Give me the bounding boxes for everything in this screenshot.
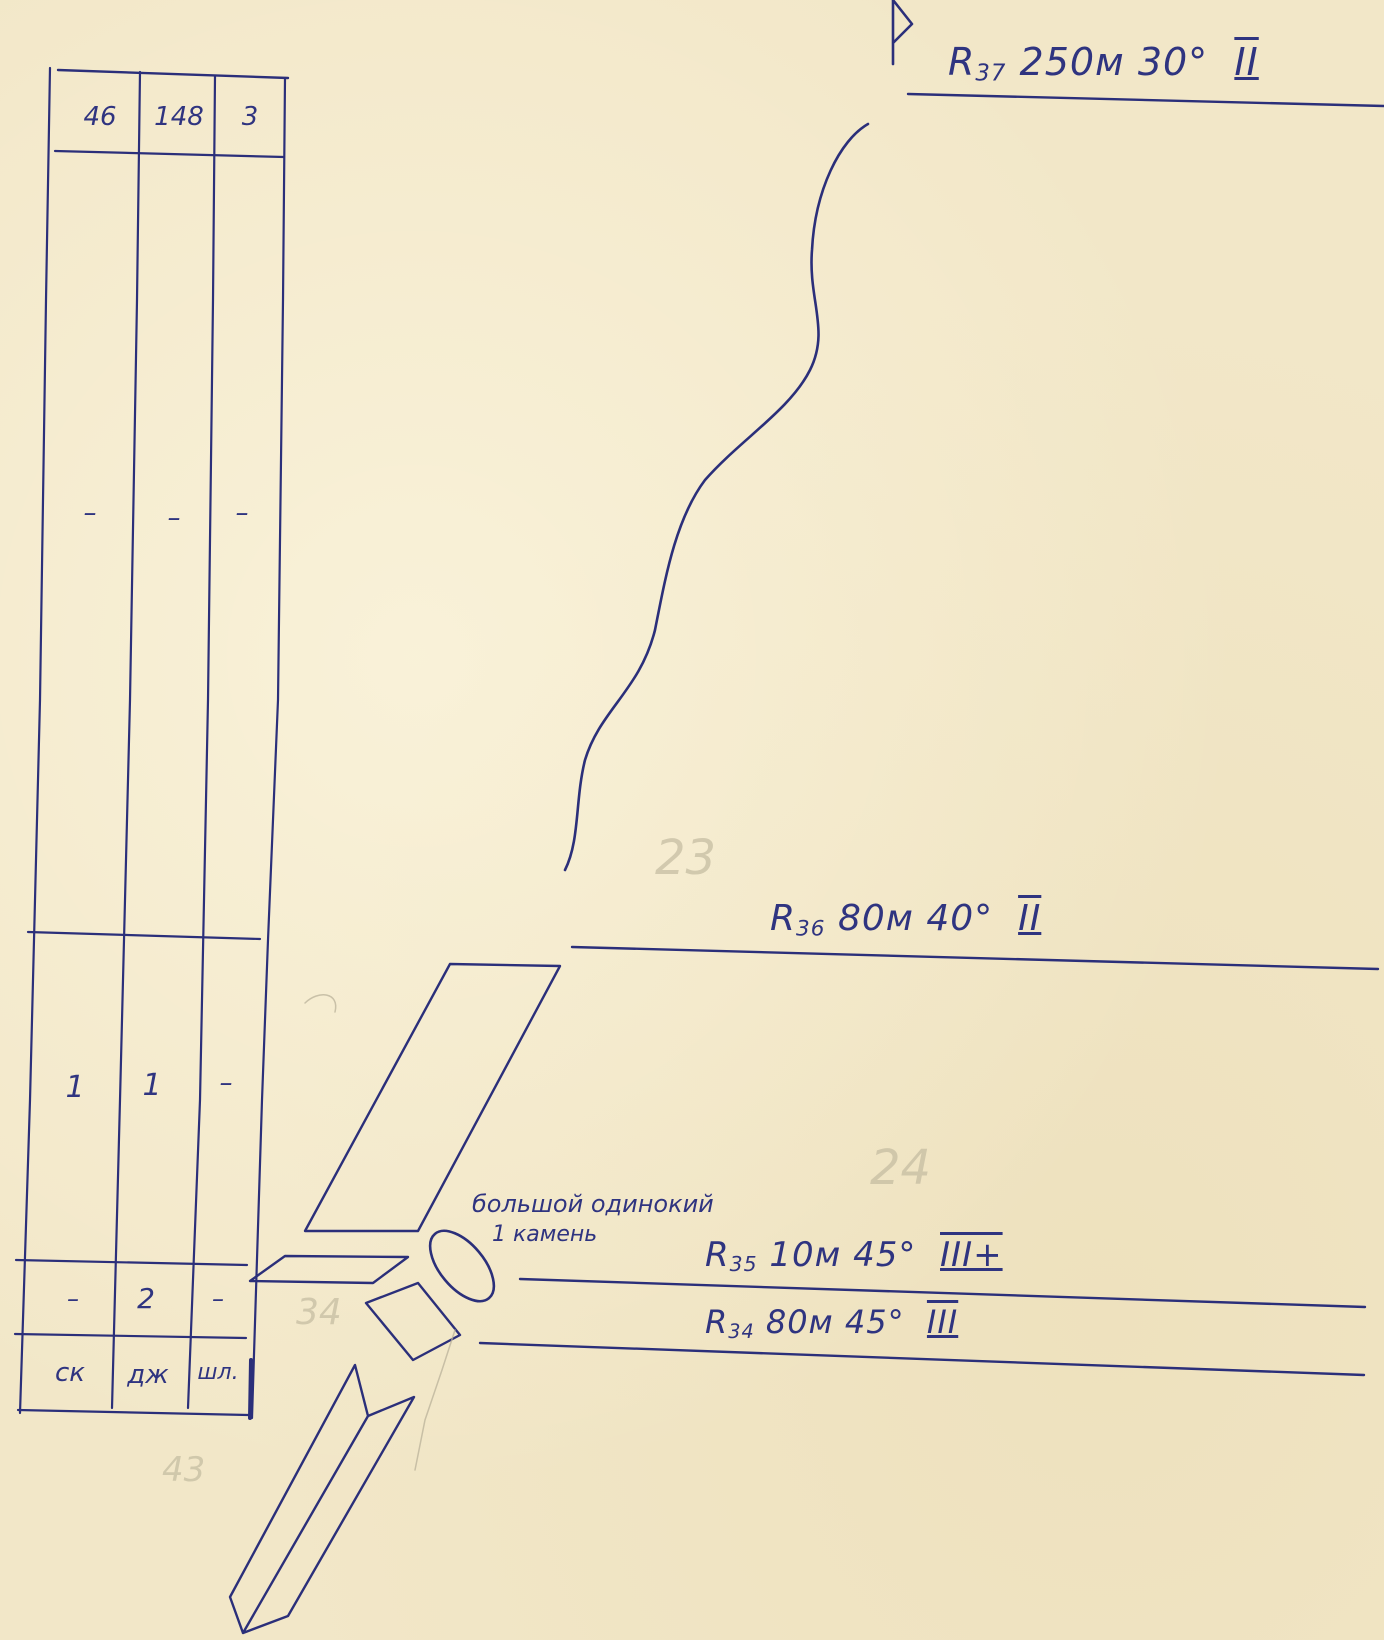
pitch-r34-number: 34 xyxy=(728,1320,754,1343)
pitch-r35-angle: 45° xyxy=(853,1235,916,1275)
pitch-r34-length: 80м xyxy=(766,1303,834,1341)
table-row2-col1: 1 xyxy=(40,1070,110,1105)
pitch-r37-number: 37 xyxy=(975,61,1006,87)
pitch-r36-number: 36 xyxy=(796,916,825,941)
table-footer-col3: шл. xyxy=(186,1360,250,1385)
dihedral-shape xyxy=(230,1365,414,1633)
pencil-mark-24: 24 xyxy=(870,1140,931,1196)
route-diagram-drawing xyxy=(0,0,1384,1640)
pencil-marks xyxy=(305,995,455,1470)
table-row2-col2: 1 xyxy=(118,1068,186,1103)
pitch-r36-length: 80м xyxy=(838,898,914,939)
table-header-col3: 3 xyxy=(218,102,282,132)
pitch-r37-length: 250м xyxy=(1020,40,1125,84)
pencil-mark-43: 43 xyxy=(162,1450,205,1490)
table-row1-col3: – xyxy=(210,498,274,528)
table-row3-col1: – xyxy=(38,1285,108,1313)
pitch-r34-grade: III xyxy=(927,1303,958,1341)
table-header-col2: 148 xyxy=(145,102,213,132)
pitch-label-r34: R34 80м 45° III xyxy=(705,1303,958,1343)
summary-table-grid xyxy=(15,68,288,1418)
pitch-r36-letter: R xyxy=(770,898,796,939)
boulder-annotation-line2: 1 камень xyxy=(492,1222,597,1247)
pitch-r34-angle: 45° xyxy=(845,1303,905,1341)
block-shape xyxy=(366,1283,460,1360)
ridge-line xyxy=(565,124,868,870)
pitch-line-r36 xyxy=(572,947,1378,969)
pitch-r35-grade: III+ xyxy=(940,1235,1003,1275)
pitch-r36-angle: 40° xyxy=(926,898,993,939)
table-footer-col2: дж xyxy=(110,1360,186,1390)
ledge-shape xyxy=(250,1256,408,1283)
pitch-r37-grade: II xyxy=(1234,40,1258,84)
table-header-col1: 46 xyxy=(65,102,135,132)
table-footer-col1: ск xyxy=(30,1358,110,1388)
summit-flag-icon xyxy=(893,0,912,64)
pitch-r35-length: 10м xyxy=(769,1235,841,1275)
pitch-label-r35: R35 10м 45° III+ xyxy=(705,1235,1003,1276)
pitch-line-r34 xyxy=(480,1343,1364,1375)
pitch-r34-letter: R xyxy=(705,1303,728,1341)
pitch-label-r36: R36 80м 40° II xyxy=(770,898,1041,941)
pitch-r35-letter: R xyxy=(705,1235,730,1275)
table-row3-col3: – xyxy=(188,1285,248,1313)
pencil-mark-23: 23 xyxy=(655,830,716,886)
pitch-r35-number: 35 xyxy=(730,1252,758,1276)
pencil-mark-34: 34 xyxy=(296,1292,342,1333)
boulder-annotation-line1: большой одинокий xyxy=(472,1190,714,1218)
pitch-r36-grade: II xyxy=(1018,898,1041,939)
table-row1-col1: – xyxy=(55,498,125,528)
pitch-label-r37: R37 250м 30° II xyxy=(948,40,1259,87)
pitch-r37-letter: R xyxy=(948,40,975,84)
table-row3-col2: 2 xyxy=(112,1282,180,1315)
pitch-line-r37 xyxy=(908,94,1384,106)
table-row2-col3: – xyxy=(194,1068,258,1098)
table-row1-col2: – xyxy=(140,503,208,533)
pitch-r37-angle: 30° xyxy=(1138,40,1208,84)
route-sketch-sheet: 46 148 3 – – – 1 1 – – 2 – ск дж шл. R37… xyxy=(0,0,1384,1640)
